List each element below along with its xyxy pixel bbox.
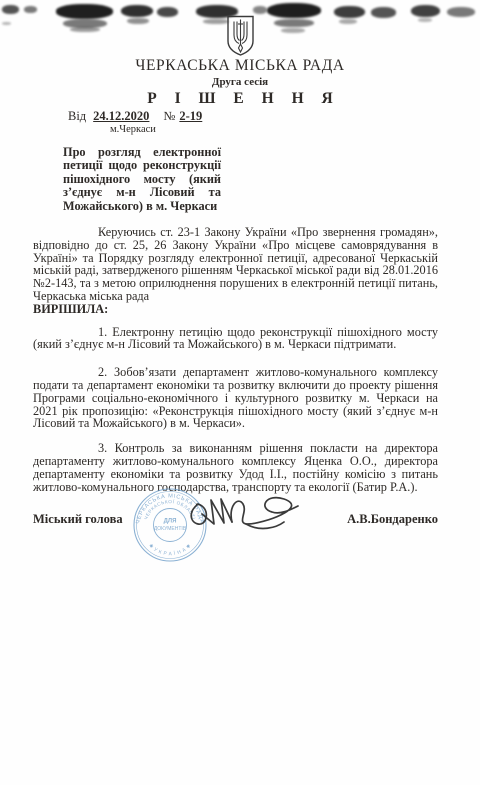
city-label: м.Черкаси (110, 124, 202, 135)
scanned-document-page: ЧЕРКАСЬКА МІСЬКА РАДА Друга сесія Р І Ш … (0, 0, 480, 785)
resolution-item-1: 1. Електронну петицію щодо реконструкції… (33, 326, 438, 352)
handwritten-signature (188, 492, 314, 532)
scan-artifact (2, 5, 19, 14)
subject-paragraph: Про розгляд електронної петиції щодо рек… (63, 146, 221, 213)
ukraine-trident-emblem-icon (226, 15, 255, 56)
scan-artifact (253, 6, 267, 14)
signatory-title: Міський голова (33, 513, 123, 526)
resolved-label: ВИРІШИЛА: (33, 303, 438, 316)
organization-name: ЧЕРКАСЬКА МІСЬКА РАДА (0, 57, 480, 75)
resolution-item-2: 2. Зобов’язати департамент житлово-комун… (33, 366, 438, 430)
document-number: 2-19 (179, 109, 202, 123)
document-body: Про розгляд електронної петиції щодо рек… (33, 140, 438, 526)
session-label: Друга сесія (0, 76, 480, 88)
scan-artifact (24, 6, 37, 13)
from-label: Від (68, 109, 86, 123)
signatory-name: А.В.Бондаренко (347, 513, 438, 526)
document-header: ЧЕРКАСЬКА МІСЬКА РАДА Друга сесія Р І Ш … (0, 15, 480, 108)
number-sign: № (163, 109, 175, 123)
stamp-center-line1: ДЛЯ (164, 519, 177, 525)
stamp-center-line2: ДОКУМЕНТІВ (154, 526, 187, 532)
resolution-item-3: 3. Контроль за виконанням рішення поклас… (33, 442, 438, 493)
document-type-title: Р І Ш Е Н Н Я (0, 90, 480, 108)
document-meta: Від24.12.2020№2-19 м.Черкаси (68, 109, 202, 135)
preamble-paragraph: Керуючись ст. 23-1 Закону України «Про з… (33, 226, 438, 303)
stamp-ring-bottom-text: ✱ У К Р А Ї Н А ✱ (147, 543, 192, 557)
svg-text:✱ У К Р А Ї Н А ✱: ✱ У К Р А Ї Н А ✱ (147, 543, 192, 557)
document-date: 24.12.2020 (93, 109, 149, 123)
